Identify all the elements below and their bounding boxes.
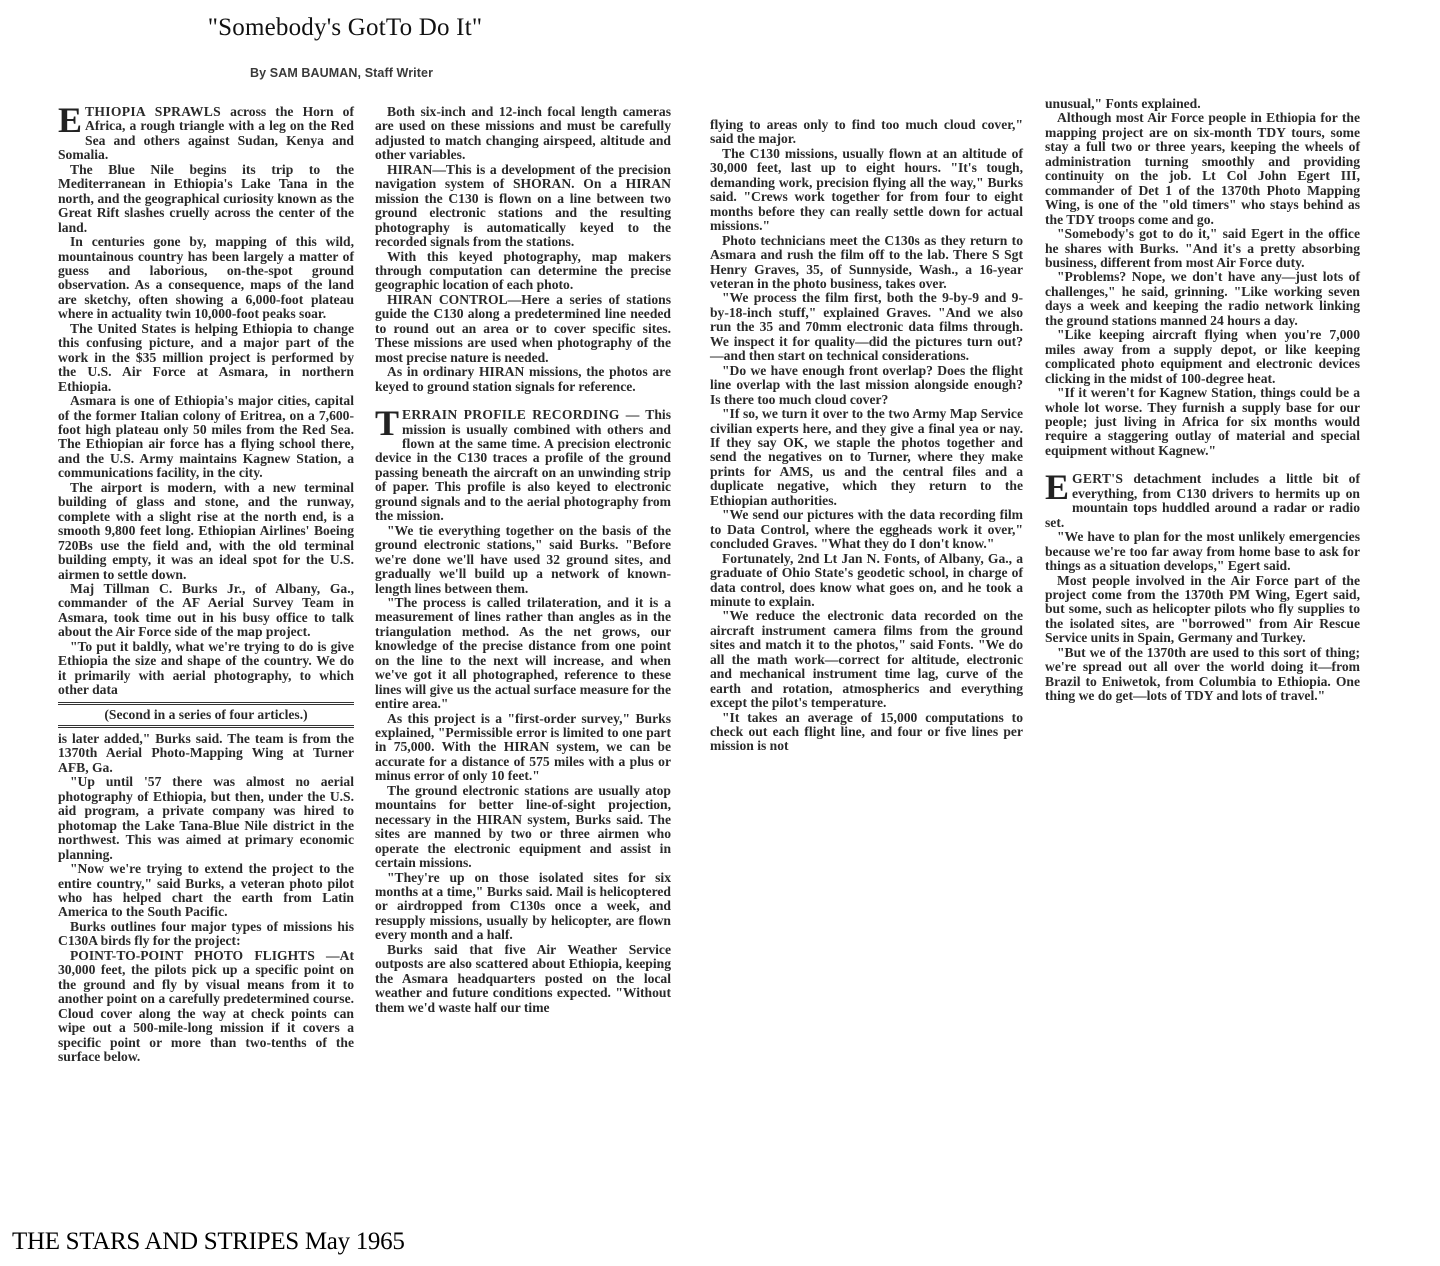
paragraph: In centuries gone by, mapping of this wi… [58, 235, 354, 322]
column-2: Both six-inch and 12-inch focal length c… [375, 105, 671, 1015]
paragraph: The C130 missions, usually flown at an a… [710, 147, 1023, 234]
column-4: unusual," Fonts explained. Although most… [1045, 97, 1360, 704]
paragraph: The United States is helping Ethiopia to… [58, 322, 354, 394]
series-note: (Second in a series of four articles.) [58, 702, 354, 728]
paragraph: As in ordinary HIRAN missions, the photo… [375, 365, 671, 394]
paragraph: As this project is a "first-order survey… [375, 712, 671, 784]
paragraph: Maj Tillman C. Burks Jr., of Albany, Ga.… [58, 582, 354, 640]
paragraph: "To put it baldly, what we're trying to … [58, 640, 354, 698]
paragraph: "If so, we turn it over to the two Army … [710, 407, 1023, 508]
paragraph: is later added," Burks said. The team is… [58, 732, 354, 775]
paragraph: "Problems? Nope, we don't have any—just … [1045, 270, 1360, 328]
paragraph: Photo technicians meet the C130s as they… [710, 234, 1023, 292]
paragraph: With this keyed photography, map makers … [375, 250, 671, 293]
paragraph: "We have to plan for the most unlikely e… [1045, 530, 1360, 573]
section-spacer [375, 394, 671, 408]
byline: By SAM BAUMAN, Staff Writer [250, 66, 433, 80]
paragraph: "It takes an average of 15,000 computati… [710, 711, 1023, 754]
paragraph: Fortunately, 2nd Lt Jan N. Fonts, of Alb… [710, 552, 1023, 610]
column-3: flying to areas only to find too much cl… [710, 118, 1023, 754]
paragraph: "We process the film first, both the 9-b… [710, 291, 1023, 363]
paragraph: Although most Air Force people in Ethiop… [1045, 111, 1360, 227]
paragraph: "Like keeping aircraft flying when you'r… [1045, 328, 1360, 386]
paragraph: unusual," Fonts explained. [1045, 97, 1360, 111]
paragraph: POINT-TO-POINT PHOTO FLIGHTS —At 30,000 … [58, 949, 354, 1065]
paragraph: The Blue Nile begins its trip to the Med… [58, 163, 354, 235]
paragraph: "Do we have enough front overlap? Does t… [710, 364, 1023, 407]
paragraph: HIRAN—This is a development of the preci… [375, 163, 671, 250]
source-caption: THE STARS AND STRIPES May 1965 [12, 1228, 405, 1256]
paragraph: "We reduce the electronic data recorded … [710, 609, 1023, 710]
drop-cap: E [58, 106, 82, 134]
paragraph: TERRAIN PROFILE RECORDING — This mission… [375, 408, 671, 524]
paragraph: "Now we're trying to extend the project … [58, 862, 354, 920]
paragraph: The ground electronic stations are usual… [375, 784, 671, 871]
paragraph: Both six-inch and 12-inch focal length c… [375, 105, 671, 163]
paragraph: EGERT'S detachment includes a little bit… [1045, 472, 1360, 530]
paragraph: "They're up on those isolated sites for … [375, 871, 671, 943]
subhead: POINT-TO-POINT PHOTO FLIGHTS [70, 948, 315, 963]
paragraph: "But we of the 1370th are used to this s… [1045, 646, 1360, 704]
paragraph: flying to areas only to find too much cl… [710, 118, 1023, 147]
paragraph: Asmara is one of Ethiopia's major cities… [58, 394, 354, 481]
paragraph: "If it weren't for Kagnew Station, thing… [1045, 386, 1360, 458]
paragraph: The airport is modern, with a new termin… [58, 481, 354, 582]
lead-in: GERT'S [1072, 471, 1123, 486]
paragraph: "We send our pictures with the data reco… [710, 508, 1023, 551]
paragraph-text: This mission is usually combined with ot… [375, 407, 671, 523]
paragraph: "Somebody's got to do it," said Egert in… [1045, 227, 1360, 270]
lead-in: ERRAIN PROFILE RECORDING — [402, 407, 640, 422]
paragraph: HIRAN CONTROL—Here a series of stations … [375, 293, 671, 365]
paragraph: "The process is called trilateration, an… [375, 596, 671, 712]
paragraph: Burks said that five Air Weather Service… [375, 943, 671, 1015]
paragraph: "Up until '57 there was almost no aerial… [58, 775, 354, 862]
article-title: "Somebody's GotTo Do It" [0, 14, 690, 42]
drop-cap: E [1045, 473, 1069, 501]
paragraph: ETHIOPIA SPRAWLS across the Horn of Afri… [58, 105, 354, 163]
column-1: ETHIOPIA SPRAWLS across the Horn of Afri… [58, 105, 354, 1064]
lead-in: THIOPIA SPRAWLS [85, 104, 221, 119]
paragraph-text: —At 30,000 feet, the pilots pick up a sp… [58, 948, 354, 1064]
paragraph: Burks outlines four major types of missi… [58, 920, 354, 949]
paragraph: "We tie everything together on the basis… [375, 524, 671, 596]
paragraph: Most people involved in the Air Force pa… [1045, 574, 1360, 646]
drop-cap: T [375, 409, 399, 437]
